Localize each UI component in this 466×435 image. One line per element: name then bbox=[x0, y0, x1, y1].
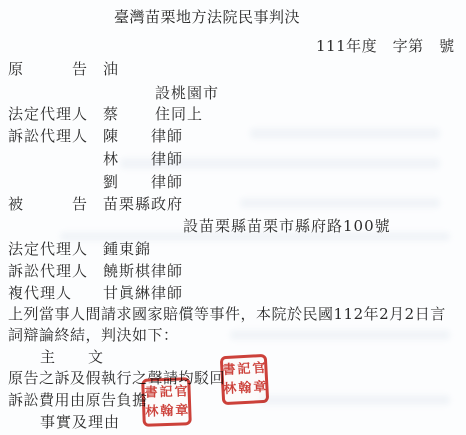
party-label: 法定代理人 bbox=[8, 105, 88, 124]
stamp-clerk-title: 書記官 bbox=[222, 362, 268, 378]
party-row: 被 告 苗栗縣政府 bbox=[0, 195, 466, 214]
party-name: 鍾東錦 bbox=[103, 240, 151, 259]
party-row: 複代理人 甘眞綝律師 bbox=[0, 284, 466, 303]
case-number: 111年度 字第 號 bbox=[316, 37, 455, 56]
party-label: 被 告 bbox=[8, 195, 88, 214]
stamp-clerk-name: 林翰章 bbox=[145, 404, 190, 420]
stamp-clerk-title: 書記官 bbox=[144, 385, 189, 401]
bleedthrough-artifact bbox=[260, 395, 450, 405]
judgment-document-page: 臺灣苗栗地方法院民事判決 111年度 字第 號 原 告 油 設桃園市 法定代理人… bbox=[0, 0, 466, 435]
party-row: 法定代理人 蔡 住同上 bbox=[0, 105, 466, 124]
stamp-clerk-name: 林翰章 bbox=[223, 381, 269, 397]
party-row: 法定代理人 鍾東錦 bbox=[0, 240, 466, 259]
party-row: 設苗栗縣苗栗市縣府路100號 bbox=[0, 217, 466, 236]
party-name: 劉 律師 bbox=[103, 173, 183, 192]
clerk-seal-stamp: 書記官 林翰章 bbox=[220, 354, 270, 405]
party-name: 林 律師 bbox=[103, 150, 183, 169]
bleedthrough-artifact bbox=[230, 330, 450, 340]
party-name: 蔡 bbox=[103, 105, 119, 124]
party-row: 設桃園市 bbox=[0, 84, 466, 103]
party-address: 設桃園市 bbox=[155, 84, 219, 103]
party-label: 法定代理人 bbox=[8, 240, 88, 259]
court-title: 臺灣苗栗地方法院民事判決 bbox=[114, 8, 300, 27]
party-label: 訴訟代理人 bbox=[8, 262, 88, 281]
preamble-line-2: 詞辯論終結，判決如下： bbox=[8, 326, 179, 345]
ruling-line-1: 原告之訴及假執行之聲請均駁回 bbox=[8, 369, 225, 388]
party-row: 劉 律師 bbox=[0, 173, 466, 192]
party-name: 陳 律師 bbox=[103, 127, 183, 146]
party-label: 訴訟代理人 bbox=[8, 127, 88, 146]
party-name: 苗栗縣政府 bbox=[103, 195, 183, 214]
party-label: 複代理人 bbox=[8, 284, 72, 303]
party-row: 林 律師 bbox=[0, 150, 466, 169]
party-row: 原 告 油 bbox=[0, 60, 466, 79]
facts-heading: 事實及理由 bbox=[40, 413, 120, 432]
party-address: 設苗栗縣苗栗市縣府路100號 bbox=[183, 217, 391, 236]
party-row: 訴訟代理人 饒斯棋律師 bbox=[0, 262, 466, 281]
clerk-seal-stamp: 書記官 林翰章 bbox=[141, 377, 192, 427]
ruling-line-2: 訴訟費用由原告負擔 bbox=[8, 391, 148, 410]
party-label: 原 告 bbox=[8, 60, 88, 79]
main-text-heading: 主 文 bbox=[40, 348, 104, 367]
party-name: 油 bbox=[103, 60, 119, 79]
party-residence: 住同上 bbox=[155, 105, 203, 124]
party-name: 甘眞綝律師 bbox=[103, 284, 183, 303]
party-name: 饒斯棋律師 bbox=[103, 262, 183, 281]
preamble-line-1: 上列當事人間請求國家賠償等事件，本院於民國112年2月2日言 bbox=[8, 305, 446, 324]
party-row: 訴訟代理人 陳 律師 bbox=[0, 127, 466, 146]
